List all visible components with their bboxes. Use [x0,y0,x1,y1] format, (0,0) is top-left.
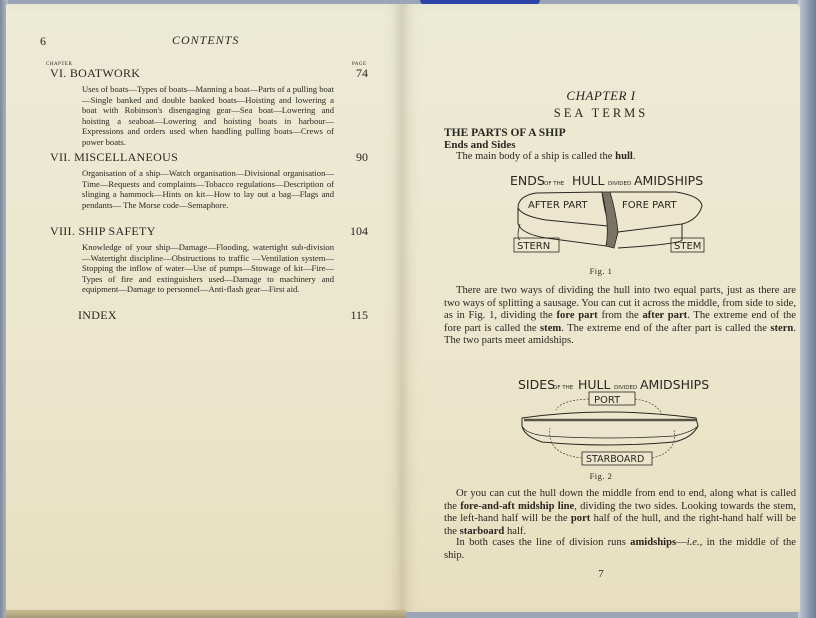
svg-text:SIDES: SIDES [518,377,555,392]
toc-entry[interactable]: VI. BOATWORK 74 Uses of boats—Types of b… [50,66,368,147]
svg-text:DIVIDED: DIVIDED [614,385,637,391]
svg-text:HULL: HULL [572,173,605,188]
toc-entry-description: Knowledge of your ship—Damage—Flooding, … [82,242,334,295]
page-number-right: 7 [402,568,800,580]
svg-text:AFTER PART: AFTER PART [528,200,588,211]
toc-entry-page: 104 [350,224,368,239]
toc-entry[interactable]: VII. MISCELLANEOUS 90 Organisation of a … [50,150,368,210]
svg-text:STARBOARD: STARBOARD [586,454,644,465]
chapter-title: SEA TERMS [402,106,800,121]
svg-text:OF THE: OF THE [553,385,574,391]
toc-entry-page: 74 [356,66,368,81]
subsection-title: Ends and Sides [444,139,516,151]
svg-text:DIVIDED: DIVIDED [608,181,631,187]
book-spread: 6 CONTENTS CHAPTER PAGE VI. BOATWORK 74 … [0,0,816,618]
body-paragraph: There are two ways of dividing the hull … [444,285,796,348]
page-stack-edge [6,610,406,618]
figure-hull-sides-diagram: SIDES OF THE HULL DIVIDED AMIDSHIPS PORT… [506,372,716,468]
toc-entry-description: Uses of boats—Types of boats—Manning a b… [82,84,334,147]
svg-text:OF THE: OF THE [544,181,565,187]
svg-text:ENDS: ENDS [510,173,545,188]
svg-text:AMIDSHIPS: AMIDSHIPS [634,173,703,188]
toc-entry[interactable]: INDEX 115 [50,308,368,323]
toc-entry-title: INDEX [78,308,368,323]
intro-paragraph: The main body of a ship is called the hu… [444,151,796,164]
page-number-left: 6 [40,34,46,49]
body-paragraph: Or you can cut the hull down the middle … [444,488,796,538]
toc-entry[interactable]: VIII. SHIP SAFETY 104 Knowledge of your … [50,224,368,295]
toc-entry-title: VII. MISCELLANEOUS [50,150,368,165]
section-title: THE PARTS OF A SHIP [444,127,566,139]
toc-entry-title: VI. BOATWORK [50,66,368,81]
toc-entry-description: Organisation of a ship—Watch organisatio… [82,168,334,210]
book-cover-edge-right [798,0,816,618]
chapter-label: CHAPTER I [402,88,800,104]
figure-hull-ends-diagram: ENDS OF THE HULL DIVIDED AMIDSHIPS AFTER… [506,168,716,264]
svg-text:FORE PART: FORE PART [622,200,678,211]
toc-entry-title: VIII. SHIP SAFETY [50,224,368,239]
running-head: CONTENTS [172,33,239,48]
svg-text:HULL: HULL [578,377,611,392]
toc-entry-page: 115 [350,308,368,323]
figure-1-caption: Fig. 1 [402,266,800,276]
toc-entry-page: 90 [356,150,368,165]
svg-text:STEM: STEM [674,241,701,252]
svg-text:AMIDSHIPS: AMIDSHIPS [640,377,709,392]
svg-text:STERN: STERN [517,241,550,252]
figure-2-caption: Fig. 2 [402,471,800,481]
body-paragraph: In both cases the line of division runs … [444,537,796,562]
svg-text:PORT: PORT [594,395,621,406]
